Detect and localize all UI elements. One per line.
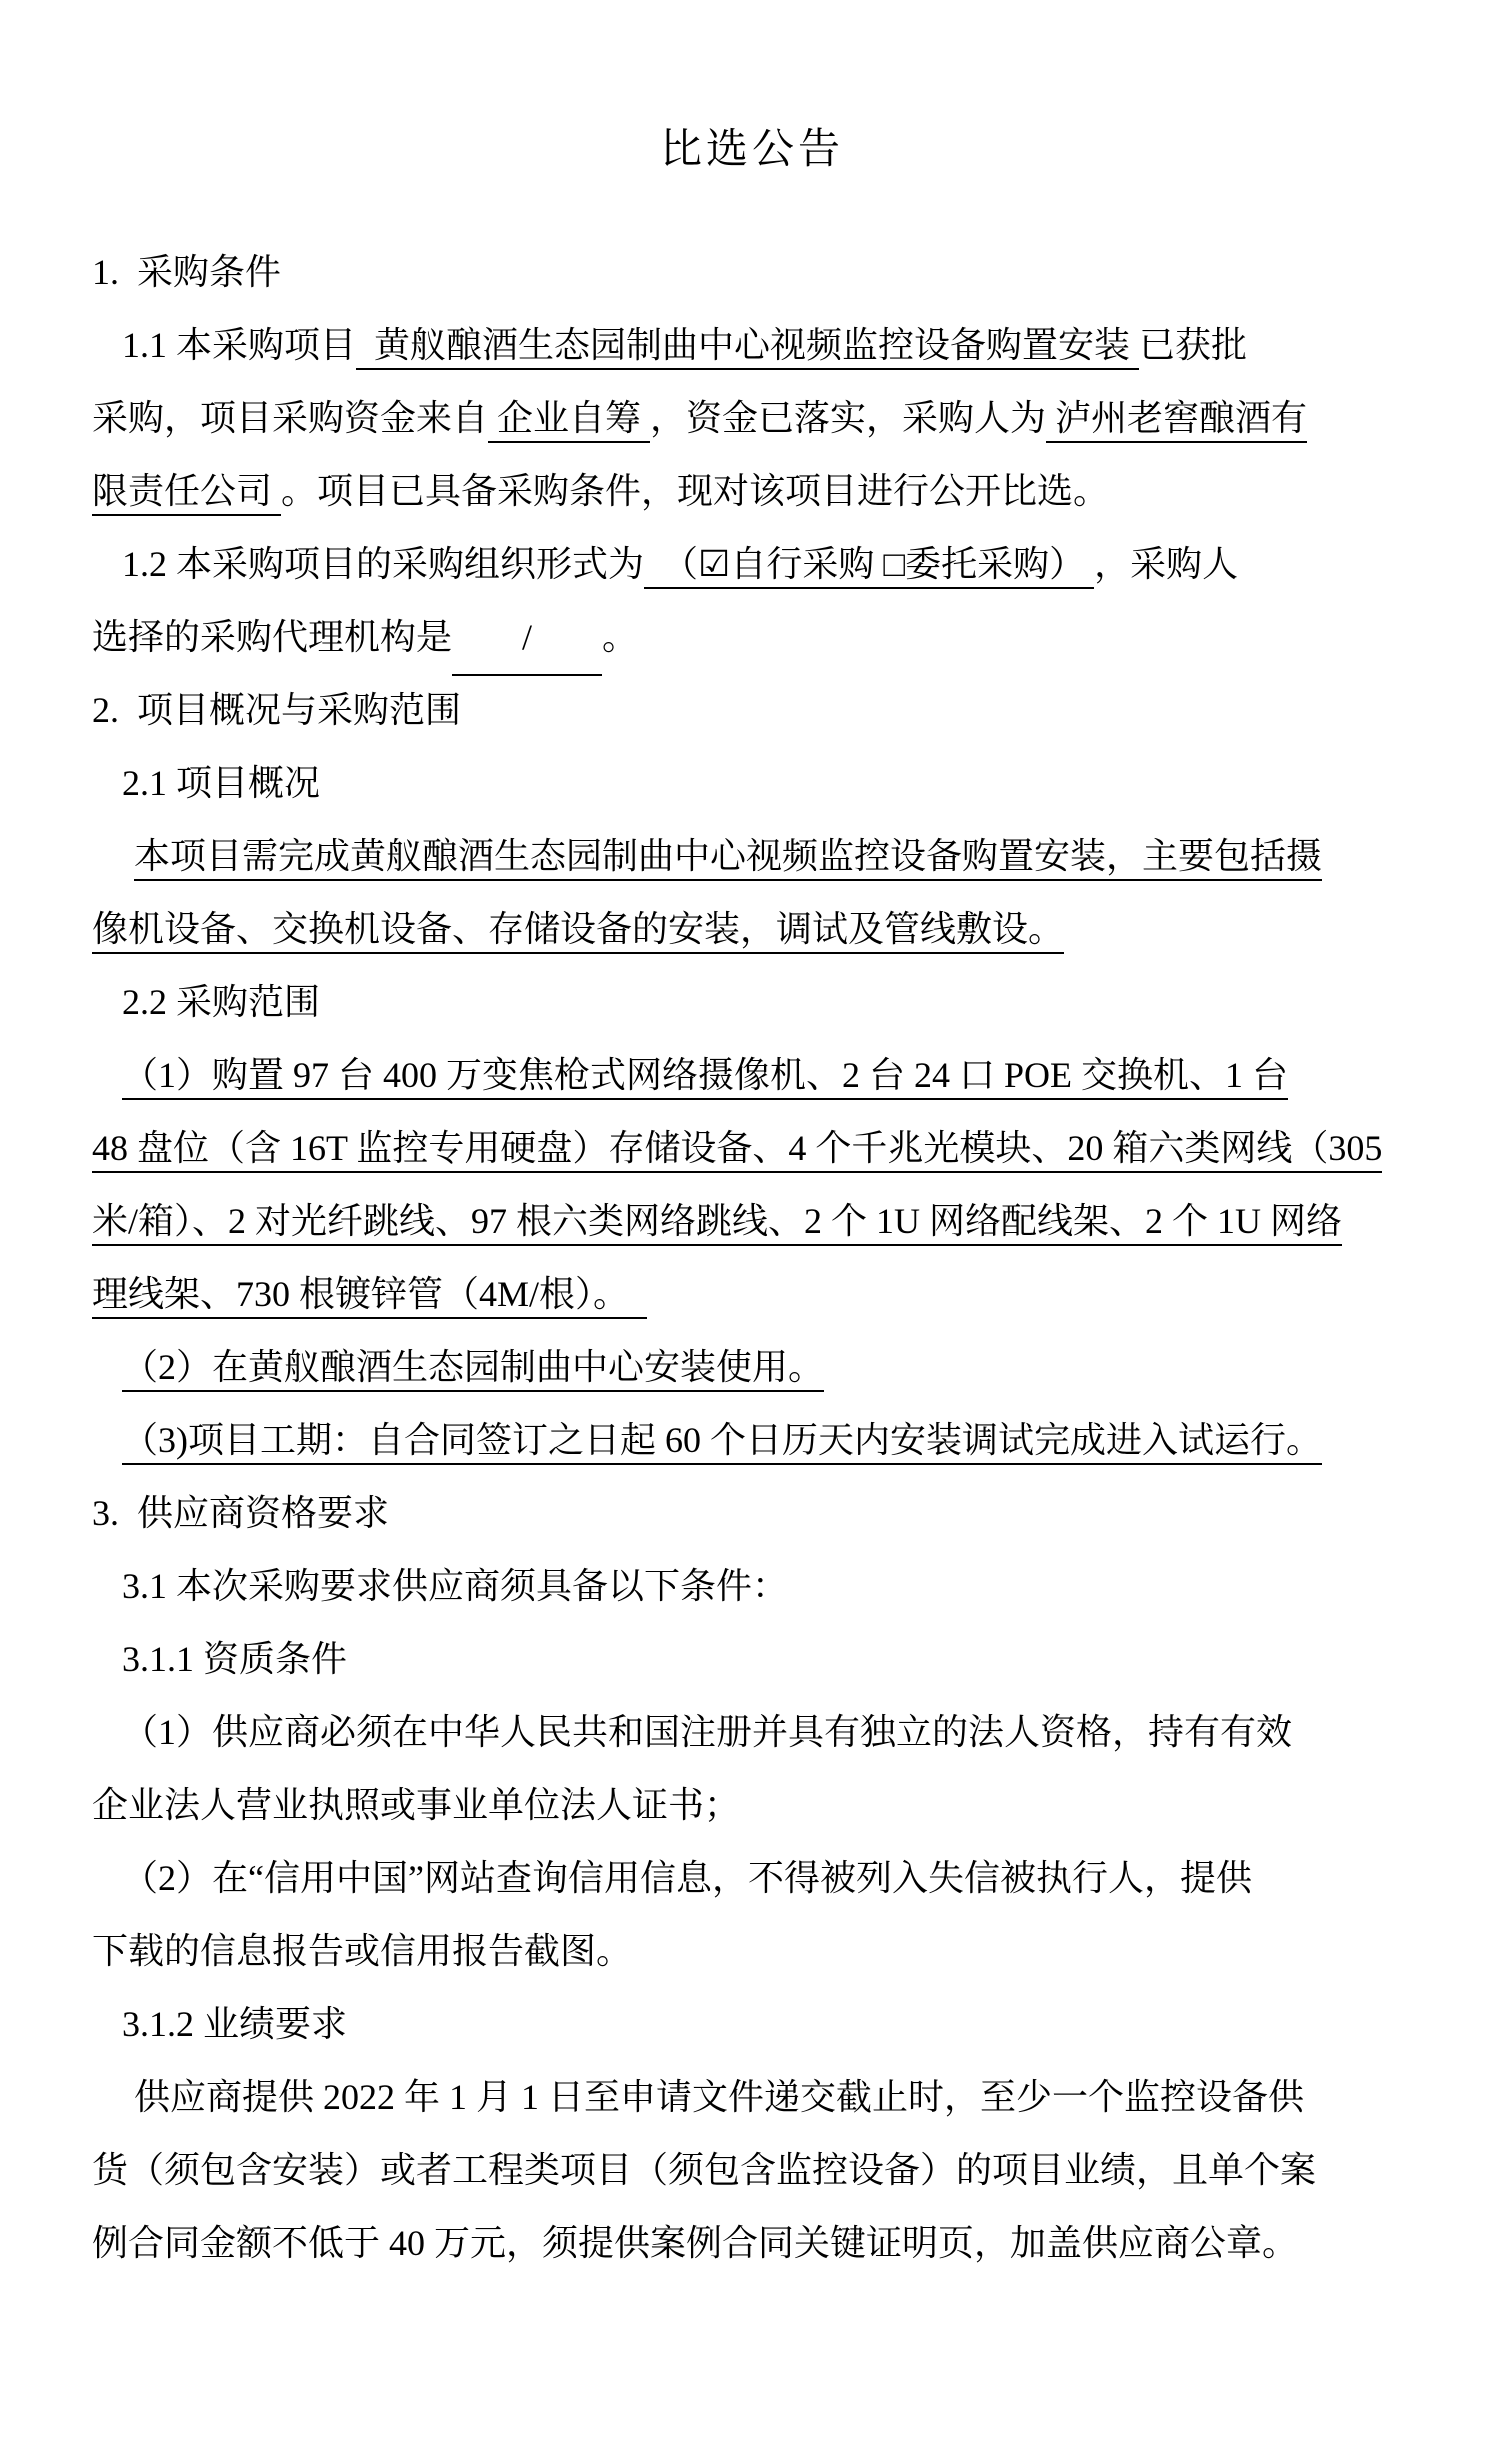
clause-2-1-heading: 2.1 项目概况: [122, 747, 1412, 820]
clause-3-1-1-item-1-line-1: （1）供应商必须在中华人民共和国注册并具有独立的法人资格，持有有效: [122, 1696, 1412, 1769]
text-run: 。项目已具备采购条件，现对该项目进行公开比选。: [281, 471, 1109, 511]
clause-1-1-line-1: 1.1 本采购项目 黄舣酿酒生态园制曲中心视频监控设备购置安装 已获批: [122, 309, 1412, 382]
underlined-text-run: （3)项目工期：自合同签订之日起 60 个日历天内安装调试完成进入试运行。: [122, 1420, 1322, 1465]
clause-2-2-item-1-line-4: 理线架、730 根镀锌管（4M/根）。: [92, 1258, 1412, 1331]
text-run: 3.1.1 资质条件: [122, 1639, 347, 1679]
clause-1-1-line-3: 限责任公司 。项目已具备采购条件，现对该项目进行公开比选。: [92, 455, 1412, 528]
clause-1-2-line-2: 选择的采购代理机构是/。: [92, 601, 1412, 674]
text-run: 选择的采购代理机构是: [92, 617, 452, 657]
clause-3-1-2-line-2: 货（须包含安装）或者工程类项目（须包含监控设备）的项目业绩，且单个案: [92, 2134, 1412, 2207]
document-page: 比选公告 1. 采购条件1.1 本采购项目 黄舣酿酒生态园制曲中心视频监控设备购…: [0, 0, 1500, 2437]
text-run: 企业法人营业执照或事业单位法人证书；: [92, 1785, 740, 1825]
text-run: 3.1 本次采购要求供应商须具备以下条件：: [122, 1566, 788, 1606]
underlined-text-run: 限责任公司: [92, 471, 281, 516]
text-run: 1.1 本采购项目: [122, 325, 356, 365]
clause-3-1-2-line-1: 供应商提供 2022 年 1 月 1 日至申请文件递交截止时，至少一个监控设备供: [134, 2061, 1412, 2134]
underlined-text-run: （: [644, 544, 698, 589]
text-run: 。: [602, 617, 638, 657]
clause-3-1-heading: 3.1 本次采购要求供应商须具备以下条件：: [122, 1550, 1412, 1623]
clause-2-2-item-1-line-1: （1）购置 97 台 400 万变焦枪式网络摄像机、2 台 24 口 POE 交…: [122, 1039, 1412, 1112]
underlined-text-run: 自行采购: [730, 544, 883, 589]
clause-3-1-1-item-2-line-1: （2）在“信用中国”网站查询信用信息，不得被列入失信被执行人，提供: [122, 1842, 1412, 1915]
checkbox-checked-icon: ☑: [698, 544, 730, 589]
clause-3-1-1-heading: 3.1.1 资质条件: [122, 1623, 1412, 1696]
underlined-text-run: 本项目需完成黄舣酿酒生态园制曲中心视频监控设备购置安装，主要包括摄: [134, 836, 1322, 881]
text-run: ，资金已落实，采购人为: [650, 398, 1046, 438]
text-run: 例合同金额不低于 40 万元，须提供案例合同关键证明页，加盖供应商公章。: [92, 2223, 1298, 2263]
clause-3-1-1-item-1-line-2: 企业法人营业执照或事业单位法人证书；: [92, 1769, 1412, 1842]
section-3-heading: 3. 供应商资格要求: [92, 1477, 1412, 1550]
clause-2-2-item-1-line-3: 米/箱）、2 对光纤跳线、97 根六类网络跳线、2 个 1U 网络配线架、2 个…: [92, 1185, 1412, 1258]
section-2-heading: 2. 项目概况与采购范围: [92, 674, 1412, 747]
text-run: 下载的信息报告或信用报告截图。: [92, 1931, 632, 1971]
document-body: 1. 采购条件1.1 本采购项目 黄舣酿酒生态园制曲中心视频监控设备购置安装 已…: [92, 236, 1412, 2280]
underlined-text-run: 48 盘位（含 16T 监控专用硬盘）存储设备、4 个千兆光模块、20 箱六类网…: [92, 1128, 1382, 1173]
clause-2-2-item-1-line-2: 48 盘位（含 16T 监控专用硬盘）存储设备、4 个千兆光模块、20 箱六类网…: [92, 1112, 1412, 1185]
fill-in-blank: /: [452, 601, 602, 676]
text-run: 供应商提供 2022 年 1 月 1 日至申请文件递交截止时，至少一个监控设备供: [134, 2077, 1304, 2117]
underlined-text-run: （1）购置 97 台 400 万变焦枪式网络摄像机、2 台 24 口 POE 交…: [122, 1055, 1288, 1100]
underlined-text-run: 米/箱）、2 对光纤跳线、97 根六类网络跳线、2 个 1U 网络配线架、2 个…: [92, 1201, 1342, 1246]
text-run: 采购，项目采购资金来自: [92, 398, 488, 438]
text-run: （2）在“信用中国”网站查询信用信息，不得被列入失信被执行人，提供: [122, 1858, 1252, 1898]
underlined-text-run: 泸州老窖酿酒有: [1046, 398, 1307, 443]
text-run: 货（须包含安装）或者工程类项目（须包含监控设备）的项目业绩，且单个案: [92, 2150, 1316, 2190]
text-run: 1.2 本采购项目的采购组织形式为: [122, 544, 644, 584]
text-run: 2.2 采购范围: [122, 982, 320, 1022]
clause-2-2-item-3: （3)项目工期：自合同签订之日起 60 个日历天内安装调试完成进入试运行。: [122, 1404, 1412, 1477]
clause-2-2-heading: 2.2 采购范围: [122, 966, 1412, 1039]
underlined-text-run: 黄舣酿酒生态园制曲中心视频监控设备购置安装: [356, 325, 1139, 370]
clause-2-1-line-2: 像机设备、交换机设备、存储设备的安装，调试及管线敷设。: [92, 893, 1412, 966]
clause-1-2-line-1: 1.2 本采购项目的采购组织形式为 （☑自行采购 □委托采购） ，采购人: [122, 528, 1412, 601]
document-title: 比选公告: [92, 114, 1412, 186]
text-run: 3.1.2 业绩要求: [122, 2004, 347, 2044]
clause-2-2-item-2: （2）在黄舣酿酒生态园制曲中心安装使用。: [122, 1331, 1412, 1404]
text-run: 2. 项目概况与采购范围: [92, 690, 461, 730]
underlined-text-run: 企业自筹: [488, 398, 650, 443]
clause-3-1-1-item-2-line-2: 下载的信息报告或信用报告截图。: [92, 1915, 1412, 1988]
text-run: ，采购人: [1094, 544, 1238, 584]
text-run: 已获批: [1139, 325, 1247, 365]
clause-2-1-line-1: 本项目需完成黄舣酿酒生态园制曲中心视频监控设备购置安装，主要包括摄: [134, 820, 1412, 893]
text-run: 2.1 项目概况: [122, 763, 320, 803]
clause-1-1-line-2: 采购，项目采购资金来自 企业自筹 ，资金已落实，采购人为 泸州老窖酿酒有: [92, 382, 1412, 455]
text-run: （1）供应商必须在中华人民共和国注册并具有独立的法人资格，持有有效: [122, 1712, 1292, 1752]
text-run: 3. 供应商资格要求: [92, 1493, 389, 1533]
underlined-text-run: （2）在黄舣酿酒生态园制曲中心安装使用。: [122, 1347, 824, 1392]
section-1-heading: 1. 采购条件: [92, 236, 1412, 309]
checkbox-unchecked-icon: □: [883, 544, 905, 589]
clause-3-1-2-heading: 3.1.2 业绩要求: [122, 1988, 1412, 2061]
underlined-text-run: 委托采购）: [905, 544, 1094, 589]
underlined-text-run: 理线架、730 根镀锌管（4M/根）。: [92, 1274, 647, 1319]
text-run: 1. 采购条件: [92, 252, 281, 292]
underlined-text-run: 像机设备、交换机设备、存储设备的安装，调试及管线敷设。: [92, 909, 1064, 954]
clause-3-1-2-line-3: 例合同金额不低于 40 万元，须提供案例合同关键证明页，加盖供应商公章。: [92, 2207, 1412, 2280]
